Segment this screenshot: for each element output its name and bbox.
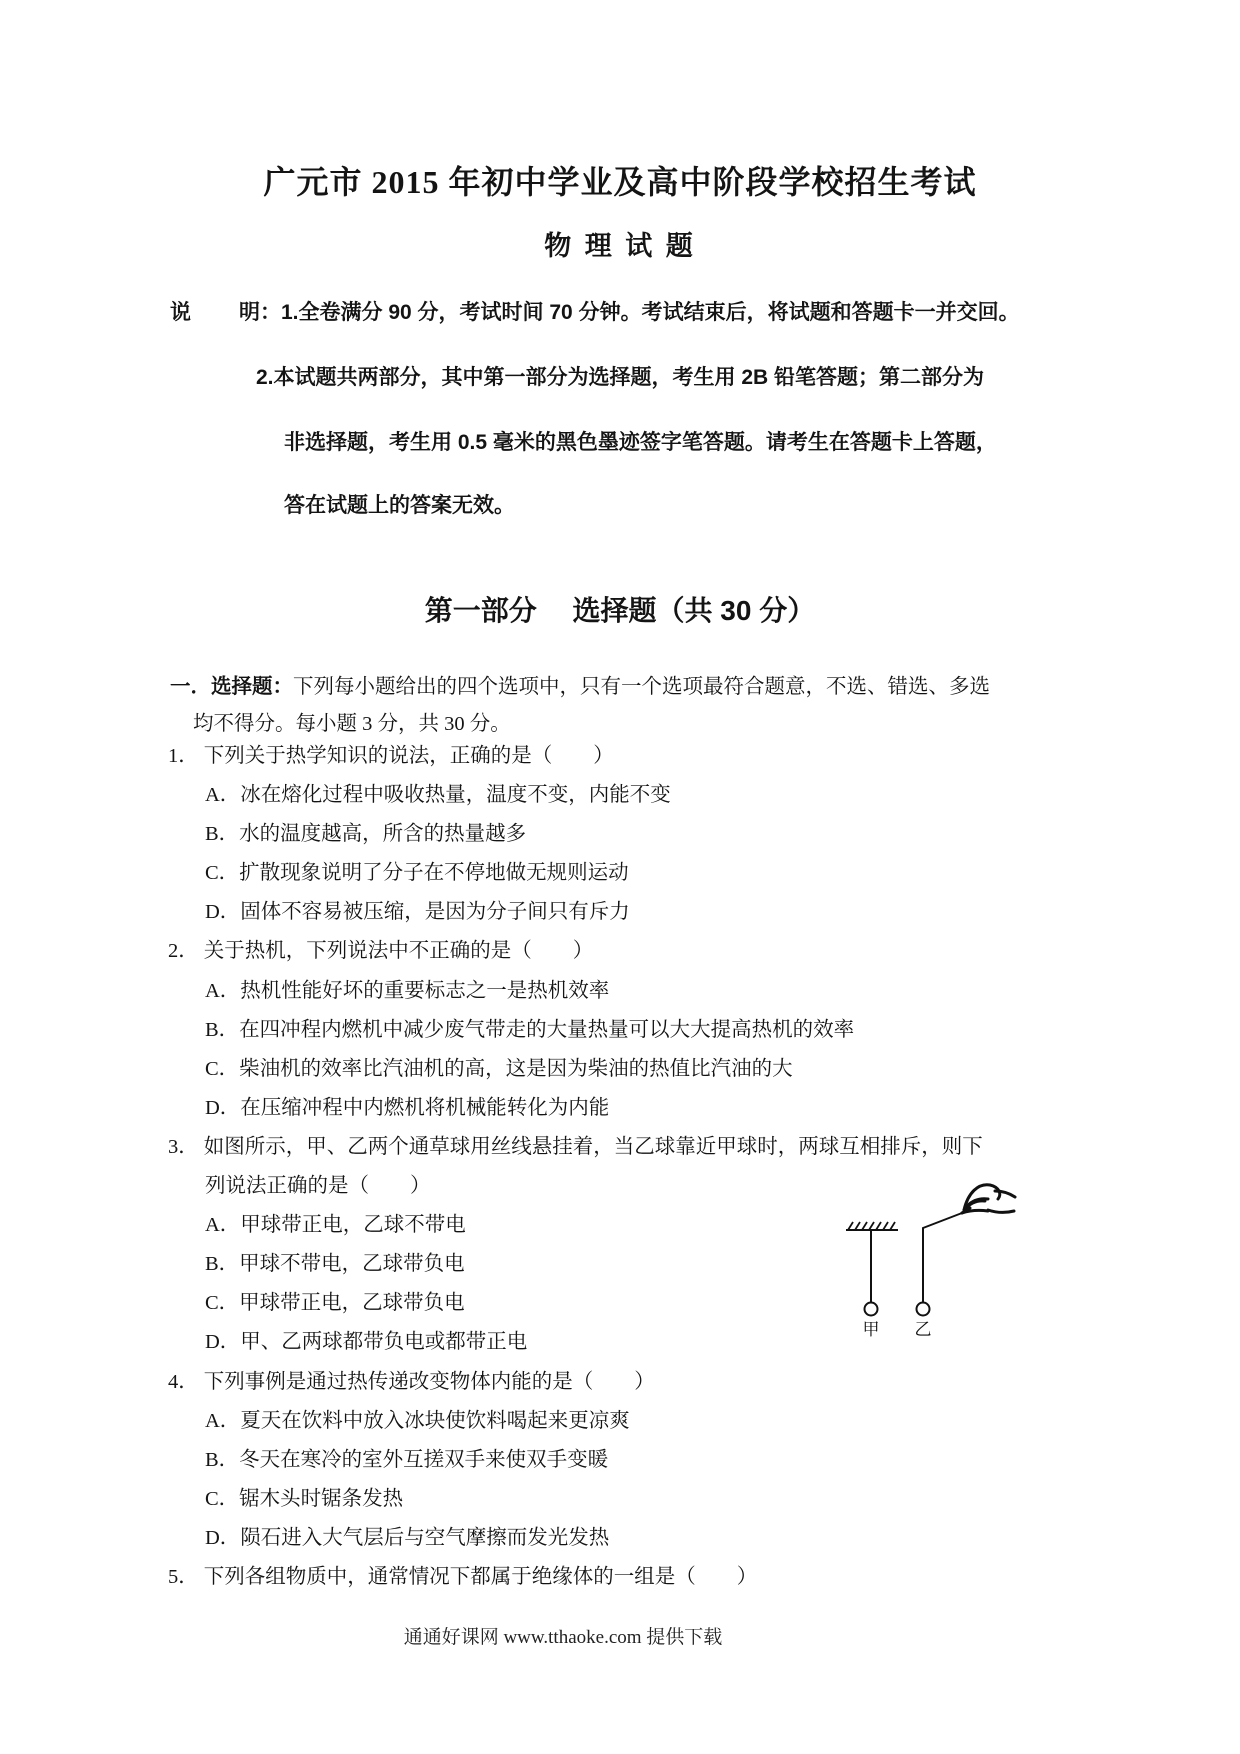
instructions-line-1: 一．选择题：下列每小题给出的四个选项中，只有一个选项最符合题意，不选、错选、多选 [170, 668, 1102, 706]
page-subtitle: 物 理 试 题 [0, 224, 1240, 263]
notice-line-3: 非选择题，考生用 0.5 毫米的黑色墨迹签字笔答题。请考生在答题卡上答题， [284, 428, 997, 458]
question-4-option-d: D．陨石进入大气层后与空气摩擦而发光发热 [168, 1519, 1100, 1558]
string-yi [923, 1213, 962, 1302]
question-4-stem: 4．下列事例是通过热传递改变物体内能的是（ ） [168, 1363, 1100, 1402]
notice-line-1: 说明：1.全卷满分 90 分，考试时间 70 分钟。考试结束后，将试题和答题卡一… [170, 298, 1020, 328]
ceiling-hatching [848, 1222, 895, 1230]
question-2-text: 关于热机，下列说法中不正确的是（ ） [204, 940, 594, 962]
question-1-text: 下列关于热学知识的说法，正确的是（ ） [204, 745, 614, 767]
question-5-number: 5． [168, 1566, 199, 1588]
question-1-option-a: A．冰在熔化过程中吸收热量，温度不变，内能不变 [168, 776, 1100, 815]
question-3-number: 3． [168, 1136, 199, 1158]
section1-instructions: 一．选择题：下列每小题给出的四个选项中，只有一个选项最符合题意，不选、错选、多选… [170, 668, 1102, 743]
question-2-option-a: A．热机性能好坏的重要标志之一是热机效率 [168, 972, 1100, 1011]
question-2-number: 2． [168, 940, 199, 962]
question-4-text: 下列事例是通过热传递改变物体内能的是（ ） [204, 1371, 655, 1393]
question-2-option-d: D．在压缩冲程中内燃机将机械能转化为内能 [168, 1089, 1100, 1128]
question-2-stem: 2．关于热机，下列说法中不正确的是（ ） [168, 932, 1100, 971]
question-4-number: 4． [168, 1371, 199, 1393]
questions-block: 1．下列关于热学知识的说法，正确的是（ ） A．冰在熔化过程中吸收热量，温度不变… [168, 737, 1100, 1597]
notice-label-ming: 明： [239, 301, 281, 324]
notice-line-4: 答在试题上的答案无效。 [284, 491, 515, 521]
footer-watermark: 通通好课网 www.tthaoke.com 提供下载 [404, 1622, 723, 1649]
section1-heading: 第一部分 选择题（共 30 分） [0, 589, 1240, 629]
question-4-option-b: B．冬天在寒冷的室外互搓双手来使双手变暖 [168, 1441, 1100, 1480]
question-5-stem: 5．下列各组物质中，通常情况下都属于绝缘体的一组是（ ） [168, 1558, 1100, 1597]
pith-ball-jia [865, 1303, 878, 1316]
pith-ball-yi [917, 1303, 930, 1316]
hand-icon [962, 1185, 1015, 1213]
question-2-option-c: C．柴油机的效率比汽油机的高，这是因为柴油的热值比汽油的大 [168, 1050, 1100, 1089]
question-5-text: 下列各组物质中，通常情况下都属于绝缘体的一组是（ ） [204, 1566, 758, 1588]
question-3-text-line1: 如图所示，甲、乙两个通草球用丝线悬挂着，当乙球靠近甲球时，两球互相排斥，则下 [204, 1136, 983, 1158]
question-4-option-c: C．锯木头时锯条发热 [168, 1480, 1100, 1519]
instructions-lead: 一．选择题： [170, 675, 293, 698]
label-jia: 甲 [863, 1320, 880, 1339]
question-1-number: 1． [168, 745, 199, 767]
exam-paper-page: 广元市 2015 年初中学业及高中阶段学校招生考试 物 理 试 题 说明：1.全… [0, 0, 1240, 1754]
question-4-option-a: A．夏天在饮料中放入冰块使饮料喝起来更凉爽 [168, 1402, 1100, 1441]
question-3-stem: 3．如图所示，甲、乙两个通草球用丝线悬挂着，当乙球靠近甲球时，两球互相排斥，则下 [168, 1128, 1100, 1167]
question-1-option-d: D．固体不容易被压缩，是因为分子间只有斥力 [168, 893, 1100, 932]
question-2-option-b: B．在四冲程内燃机中减少废气带走的大量热量可以大大提高热机的效率 [168, 1011, 1100, 1050]
notice-label-shuo: 说 [170, 301, 191, 324]
question-3-figure: 甲 乙 [838, 1170, 1088, 1350]
question-1-option-c: C．扩散现象说明了分子在不停地做无规则运动 [168, 854, 1100, 893]
label-yi: 乙 [915, 1320, 932, 1339]
page-title: 广元市 2015 年初中学业及高中阶段学校招生考试 [0, 157, 1240, 203]
instructions-text: 下列每小题给出的四个选项中，只有一个选项最符合题意，不选、错选、多选 [293, 676, 990, 698]
notice-text-1: 1.全卷满分 90 分，考试时间 70 分钟。考试结束后，将试题和答题卡一并交回… [281, 301, 1020, 324]
notice-line-2: 2.本试题共两部分，其中第一部分为选择题，考生用 2B 铅笔答题；第二部分为 [256, 363, 984, 393]
pith-ball-diagram: 甲 乙 [838, 1170, 1088, 1345]
question-1-stem: 1．下列关于热学知识的说法，正确的是（ ） [168, 737, 1100, 776]
question-1-option-b: B．水的温度越高，所含的热量越多 [168, 815, 1100, 854]
